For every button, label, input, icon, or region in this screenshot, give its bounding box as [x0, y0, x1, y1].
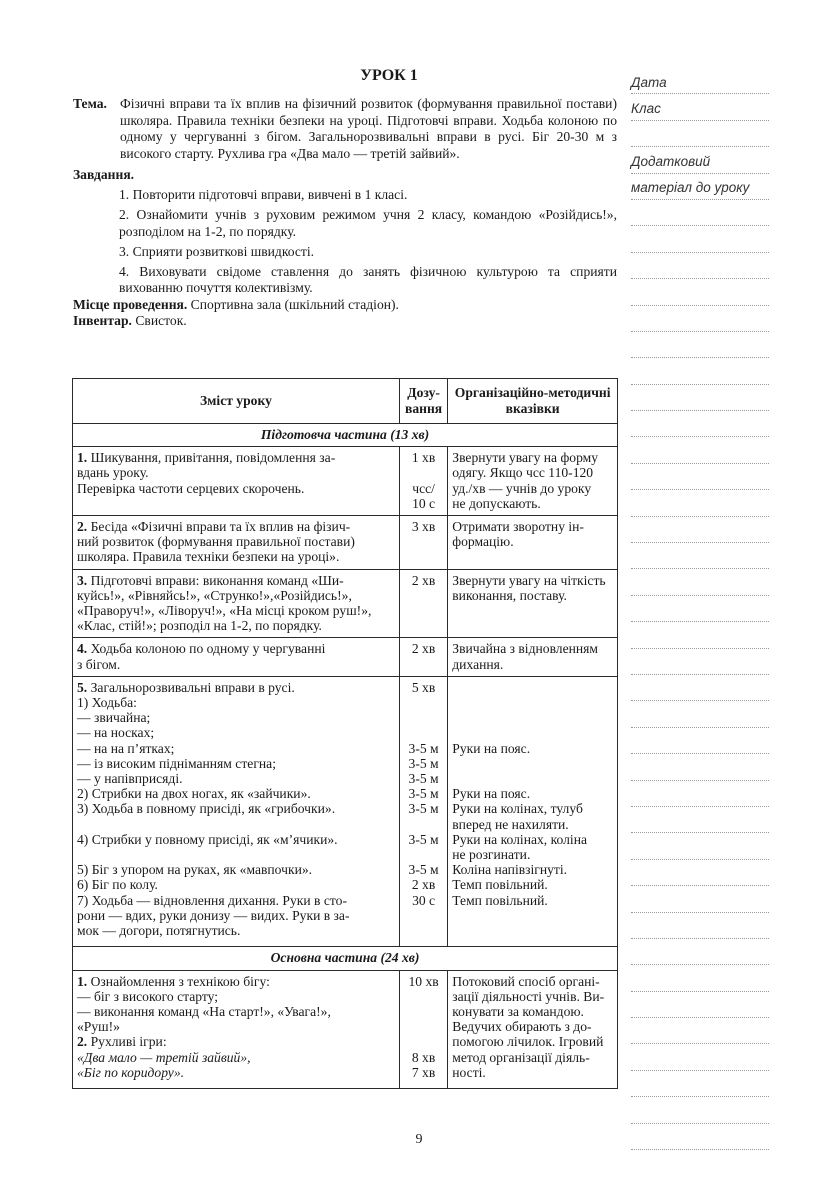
cell-dosage: 10 хв 8 хв7 хв: [399, 970, 447, 1088]
cell-dosage: 2 хв: [399, 569, 447, 638]
theme-block: Тема. Фізичні вправи та їх вплив на фізи…: [73, 96, 617, 162]
margin-line: [631, 701, 769, 727]
margin-line: [631, 596, 769, 622]
margin-line: матеріал до уроку: [631, 174, 769, 200]
notes-line: виконання, поставу.: [452, 588, 613, 603]
margin-line: [631, 1071, 769, 1097]
content-line: — виконання команд «На старт!», «Увага!»…: [77, 1004, 395, 1019]
content-line: — на на п’ятках;: [77, 741, 395, 756]
content-line: з бігом.: [77, 657, 395, 672]
content-line: мок — догори, потягнутись.: [77, 923, 395, 938]
cell-notes: Звернути увагу на формуодягу. Якщо чсс 1…: [448, 447, 618, 516]
content-line: 3. Підготовчі вправи: виконання команд «…: [77, 573, 395, 588]
dosage-line: 3-5 м: [404, 741, 443, 756]
header-notes: Організаційно-методичнівказівки: [448, 379, 618, 424]
notes-line: Ведучих обирають з до-: [452, 1019, 613, 1034]
page-number-text: 9: [416, 1132, 423, 1147]
notes-line: Руки на пояс.: [452, 741, 613, 756]
margin-line: [631, 253, 769, 279]
header-line: Зміст уроку: [77, 393, 395, 408]
dosage-line: 5 хв: [404, 680, 443, 695]
dosage-line: [404, 847, 443, 862]
margin-line: [631, 306, 769, 332]
header-line: вказівки: [452, 401, 613, 416]
content-line: 1) Ходьба:: [77, 695, 395, 710]
notes-line: Потоковий спосіб органі-: [452, 974, 613, 989]
dosage-line: 8 хв: [404, 1050, 443, 1065]
notes-line: [452, 756, 613, 771]
dosage-line: 10 хв: [404, 974, 443, 989]
margin-line: [631, 226, 769, 252]
notes-line: Руки на колінах, коліна: [452, 832, 613, 847]
notes-line: [452, 710, 613, 725]
notes-line: зації діяльності учнів. Ви-: [452, 989, 613, 1004]
content-line: 1. Шикування, привітання, повідомлення з…: [77, 450, 395, 465]
cell-dosage: 5 хв 3-5 м3-5 м3-5 м3-5 м3-5 м 3-5 м 3-5…: [399, 676, 447, 946]
notes-line: Коліна напівзігнуті.: [452, 862, 613, 877]
cell-dosage: 1 хв чсс/10 с: [399, 447, 447, 516]
header-line: вання: [404, 401, 443, 416]
dosage-line: 3-5 м: [404, 756, 443, 771]
header-content: Зміст уроку: [73, 379, 400, 424]
table-row: 4. Ходьба колоною по одному у чергуванні…: [73, 638, 618, 676]
content-line: — із високим підніманням стегна;: [77, 756, 395, 771]
margin-line: [631, 1044, 769, 1070]
margin-line: [631, 622, 769, 648]
margin-label: Дата: [631, 75, 667, 92]
table-row: 2. Бесіда «Фізичні вправи та їх вплив на…: [73, 516, 618, 570]
notes-line: ності.: [452, 1065, 613, 1080]
table-row: 5. Загальнорозвивальні вправи в русі.1) …: [73, 676, 618, 946]
margin-line: [631, 807, 769, 833]
dosage-line: 7 хв: [404, 1065, 443, 1080]
dosage-line: [404, 695, 443, 710]
table-row: 1. Ознайомлення з технікою бігу:— біг з …: [73, 970, 618, 1088]
content-line: 5. Загальнорозвивальні вправи в русі.: [77, 680, 395, 695]
notes-line: одягу. Якщо чсс 110-120: [452, 465, 613, 480]
table-row: 3. Підготовчі вправи: виконання команд «…: [73, 569, 618, 638]
margin-label: матеріал до уроку: [631, 180, 749, 197]
dosage-line: 1 хв: [404, 450, 443, 465]
notes-line: конувати за командою.: [452, 1004, 613, 1019]
dosage-line: 3-5 м: [404, 801, 443, 816]
notes-line: Звернути увагу на чіткість: [452, 573, 613, 588]
inventory-line: Інвентар. Свисток.: [73, 313, 617, 330]
notes-line: [452, 695, 613, 710]
content-line: 5) Біг з упором на руках, як «мавпочки».: [77, 862, 395, 877]
inventory-text: Свисток.: [132, 313, 187, 328]
notes-line: [452, 680, 613, 695]
content-line: ний розвиток (формування правильної пост…: [77, 534, 395, 549]
header-line: Дозу-: [404, 385, 443, 400]
dosage-line: [404, 923, 443, 938]
notes-line: [452, 771, 613, 786]
theme-label: Тема.: [73, 96, 120, 162]
margin-line: [631, 886, 769, 912]
dosage-line: 2 хв: [404, 877, 443, 892]
content-line: — біг з високого старту;: [77, 989, 395, 1004]
notes-line: не розгинати.: [452, 847, 613, 862]
place-line: Місце проведення. Спортивна зала (шкільн…: [73, 297, 617, 314]
margin-line: [631, 728, 769, 754]
content-line: «Біг по коридору».: [77, 1065, 395, 1080]
margin-line: [631, 965, 769, 991]
margin-line: Дата: [631, 68, 769, 94]
cell-notes: Отримати зворотну ін-формацію.: [448, 516, 618, 570]
dosage-line: 30 с: [404, 893, 443, 908]
cell-notes: Руки на пояс. Руки на пояс.Руки на колін…: [448, 676, 618, 946]
lesson-table: Зміст уроку Дозу-вання Організаційно-мет…: [72, 378, 618, 1089]
header-line: Організаційно-методичні: [452, 385, 613, 400]
section-row: Основна частина (24 хв): [73, 947, 618, 970]
margin-line: [631, 279, 769, 305]
dosage-line: [404, 1019, 443, 1034]
tasks-list: 1. Повторити підготовчі вправи, вивчені …: [73, 187, 617, 297]
notes-line: уд./хв — учнів до уроку: [452, 481, 613, 496]
task-item: 1. Повторити підготовчі вправи, вивчені …: [73, 187, 617, 204]
content-line: куйсь!», «Рівняйсь!», «Струнко!»,«Розійд…: [77, 588, 395, 603]
notes-line: формацію.: [452, 534, 613, 549]
dosage-line: 3-5 м: [404, 771, 443, 786]
task-item: 4. Виховувати свідоме ставлення до занят…: [73, 264, 617, 297]
content-line: 4. Ходьба колоною по одному у чергуванні: [77, 641, 395, 656]
content-line: «Два мало — третій зайвий»,: [77, 1050, 395, 1065]
content-line: — у напівприсяді.: [77, 771, 395, 786]
margin-label: Клас: [631, 101, 661, 118]
content-line: 2. Рухливі ігри:: [77, 1034, 395, 1049]
dosage-line: чсс/: [404, 481, 443, 496]
content-line: — на носках;: [77, 725, 395, 740]
content-line: «Праворуч!», «Ліворуч!», «На місці кроко…: [77, 603, 395, 618]
item-number: 5.: [77, 680, 87, 695]
notes-line: [452, 923, 613, 938]
cell-content: 4. Ходьба колоною по одному у чергуванні…: [73, 638, 400, 676]
notes-line: [452, 908, 613, 923]
content-line: [77, 847, 395, 862]
margin-line: [631, 358, 769, 384]
dosage-line: [404, 1034, 443, 1049]
margin-line: [631, 543, 769, 569]
section-title: Підготовча частина (13 хв): [73, 424, 618, 447]
margin-line: [631, 754, 769, 780]
margin-line: [631, 569, 769, 595]
content-line: вдань уроку.: [77, 465, 395, 480]
margin-line: [631, 992, 769, 1018]
dosage-line: 10 с: [404, 496, 443, 511]
cell-content: 2. Бесіда «Фізичні вправи та їх вплив на…: [73, 516, 400, 570]
cell-dosage: 3 хв: [399, 516, 447, 570]
cell-content: 1. Шикування, привітання, повідомлення з…: [73, 447, 400, 516]
lesson-header: УРОК 1 Тема. Фізичні вправи та їх вплив …: [73, 66, 617, 330]
margin-line: [631, 437, 769, 463]
dosage-line: 3 хв: [404, 519, 443, 534]
dosage-line: 3-5 м: [404, 862, 443, 877]
page-number: 9: [0, 1132, 840, 1149]
item-number: 3.: [77, 573, 87, 588]
margin-line: [631, 490, 769, 516]
margin-line: [631, 1018, 769, 1044]
dosage-line: 2 хв: [404, 641, 443, 656]
dosage-line: [404, 725, 443, 740]
content-line: [77, 496, 395, 511]
margin-line: [631, 913, 769, 939]
content-line: 7) Ходьба — відновлення дихання. Руки в …: [77, 893, 395, 908]
margin-line: [631, 411, 769, 437]
item-number: 2.: [77, 1034, 87, 1049]
margin-line: [631, 860, 769, 886]
margin-line: [631, 1097, 769, 1123]
dosage-line: [404, 817, 443, 832]
content-line: 3) Ходьба в повному присіді, як «грибочк…: [77, 801, 395, 816]
notes-line: [452, 725, 613, 740]
margin-line: Клас: [631, 94, 769, 120]
notes-line: Руки на колінах, тулуб: [452, 801, 613, 816]
margin-line: [631, 385, 769, 411]
cell-content: 3. Підготовчі вправи: виконання команд «…: [73, 569, 400, 638]
notes-line: Руки на пояс.: [452, 786, 613, 801]
margin-line: [631, 939, 769, 965]
cell-content: 5. Загальнорозвивальні вправи в русі.1) …: [73, 676, 400, 946]
margin-line: [631, 121, 769, 147]
content-line: 1. Ознайомлення з технікою бігу:: [77, 974, 395, 989]
notes-line: не допускають.: [452, 496, 613, 511]
section-row: Підготовча частина (13 хв): [73, 424, 618, 447]
notes-line: дихання.: [452, 657, 613, 672]
notes-line: Темп повільний.: [452, 893, 613, 908]
content-line: рони — вдих, руки донизу — видих. Руки в…: [77, 908, 395, 923]
dosage-line: 3-5 м: [404, 786, 443, 801]
task-item: 3. Сприяти розвиткові швидкості.: [73, 244, 617, 261]
notes-line: Звернути увагу на форму: [452, 450, 613, 465]
content-line: 4) Стрибки у повному присіді, як «м’ячик…: [77, 832, 395, 847]
margin-line: Додатковий: [631, 147, 769, 173]
content-line: 6) Біг по колу.: [77, 877, 395, 892]
dosage-line: [404, 465, 443, 480]
notes-line: Отримати зворотну ін-: [452, 519, 613, 534]
item-number: 1.: [77, 974, 87, 989]
dosage-line: [404, 908, 443, 923]
section-title: Основна частина (24 хв): [73, 947, 618, 970]
inventory-label: Інвентар.: [73, 313, 132, 328]
place-text: Спортивна зала (шкільний стадіон).: [187, 297, 399, 312]
dosage-line: 2 хв: [404, 573, 443, 588]
tasks-label: Завдання.: [73, 167, 617, 184]
content-line: «Руш!»: [77, 1019, 395, 1034]
margin-label: Додатковий: [631, 154, 710, 171]
cell-notes: Звичайна з відновленнямдихання.: [448, 638, 618, 676]
dosage-line: [404, 989, 443, 1004]
cell-content: 1. Ознайомлення з технікою бігу:— біг з …: [73, 970, 400, 1088]
notes-line: метод організації діяль-: [452, 1050, 613, 1065]
cell-dosage: 2 хв: [399, 638, 447, 676]
notes-line: Звичайна з відновленням: [452, 641, 613, 656]
notes-line: вперед не нахиляти.: [452, 817, 613, 832]
dosage-line: 3-5 м: [404, 832, 443, 847]
content-line: школяра. Правила техніки безпеки на уроц…: [77, 549, 395, 564]
cell-notes: Потоковий спосіб органі-зації діяльності…: [448, 970, 618, 1088]
lesson-title: УРОК 1: [73, 66, 617, 86]
content-line: «Клас, стій!»; розподіл на 1-2, по поряд…: [77, 618, 395, 633]
dosage-line: [404, 1004, 443, 1019]
notes-line: помогою лічилок. Ігровий: [452, 1034, 613, 1049]
margin-line: [631, 675, 769, 701]
margin-line: [631, 833, 769, 859]
place-label: Місце проведення.: [73, 297, 187, 312]
content-line: 2) Стрибки на двох ногах, як «зайчики».: [77, 786, 395, 801]
margin-notes: ДатаКласДодатковийматеріал до уроку: [631, 68, 769, 1150]
cell-notes: Звернути увагу на чіткістьвиконання, пос…: [448, 569, 618, 638]
header-dosage: Дозу-вання: [399, 379, 447, 424]
margin-line: [631, 332, 769, 358]
table-header-row: Зміст уроку Дозу-вання Організаційно-мет…: [73, 379, 618, 424]
margin-line: [631, 200, 769, 226]
margin-line: [631, 517, 769, 543]
margin-line: [631, 464, 769, 490]
dosage-line: [404, 710, 443, 725]
task-item: 2. Ознайомити учнів з руховим режимом уч…: [73, 207, 617, 240]
notes-line: Темп повільний.: [452, 877, 613, 892]
item-number: 4.: [77, 641, 87, 656]
theme-text: Фізичні вправи та їх вплив на фізичний р…: [120, 96, 617, 162]
item-number: 2.: [77, 519, 87, 534]
margin-line: [631, 781, 769, 807]
content-line: Перевірка частоти серцевих скорочень.: [77, 481, 395, 496]
content-line: [77, 817, 395, 832]
table-row: 1. Шикування, привітання, повідомлення з…: [73, 447, 618, 516]
content-line: 2. Бесіда «Фізичні вправи та їх вплив на…: [77, 519, 395, 534]
item-number: 1.: [77, 450, 87, 465]
content-line: — звичайна;: [77, 710, 395, 725]
margin-line: [631, 649, 769, 675]
